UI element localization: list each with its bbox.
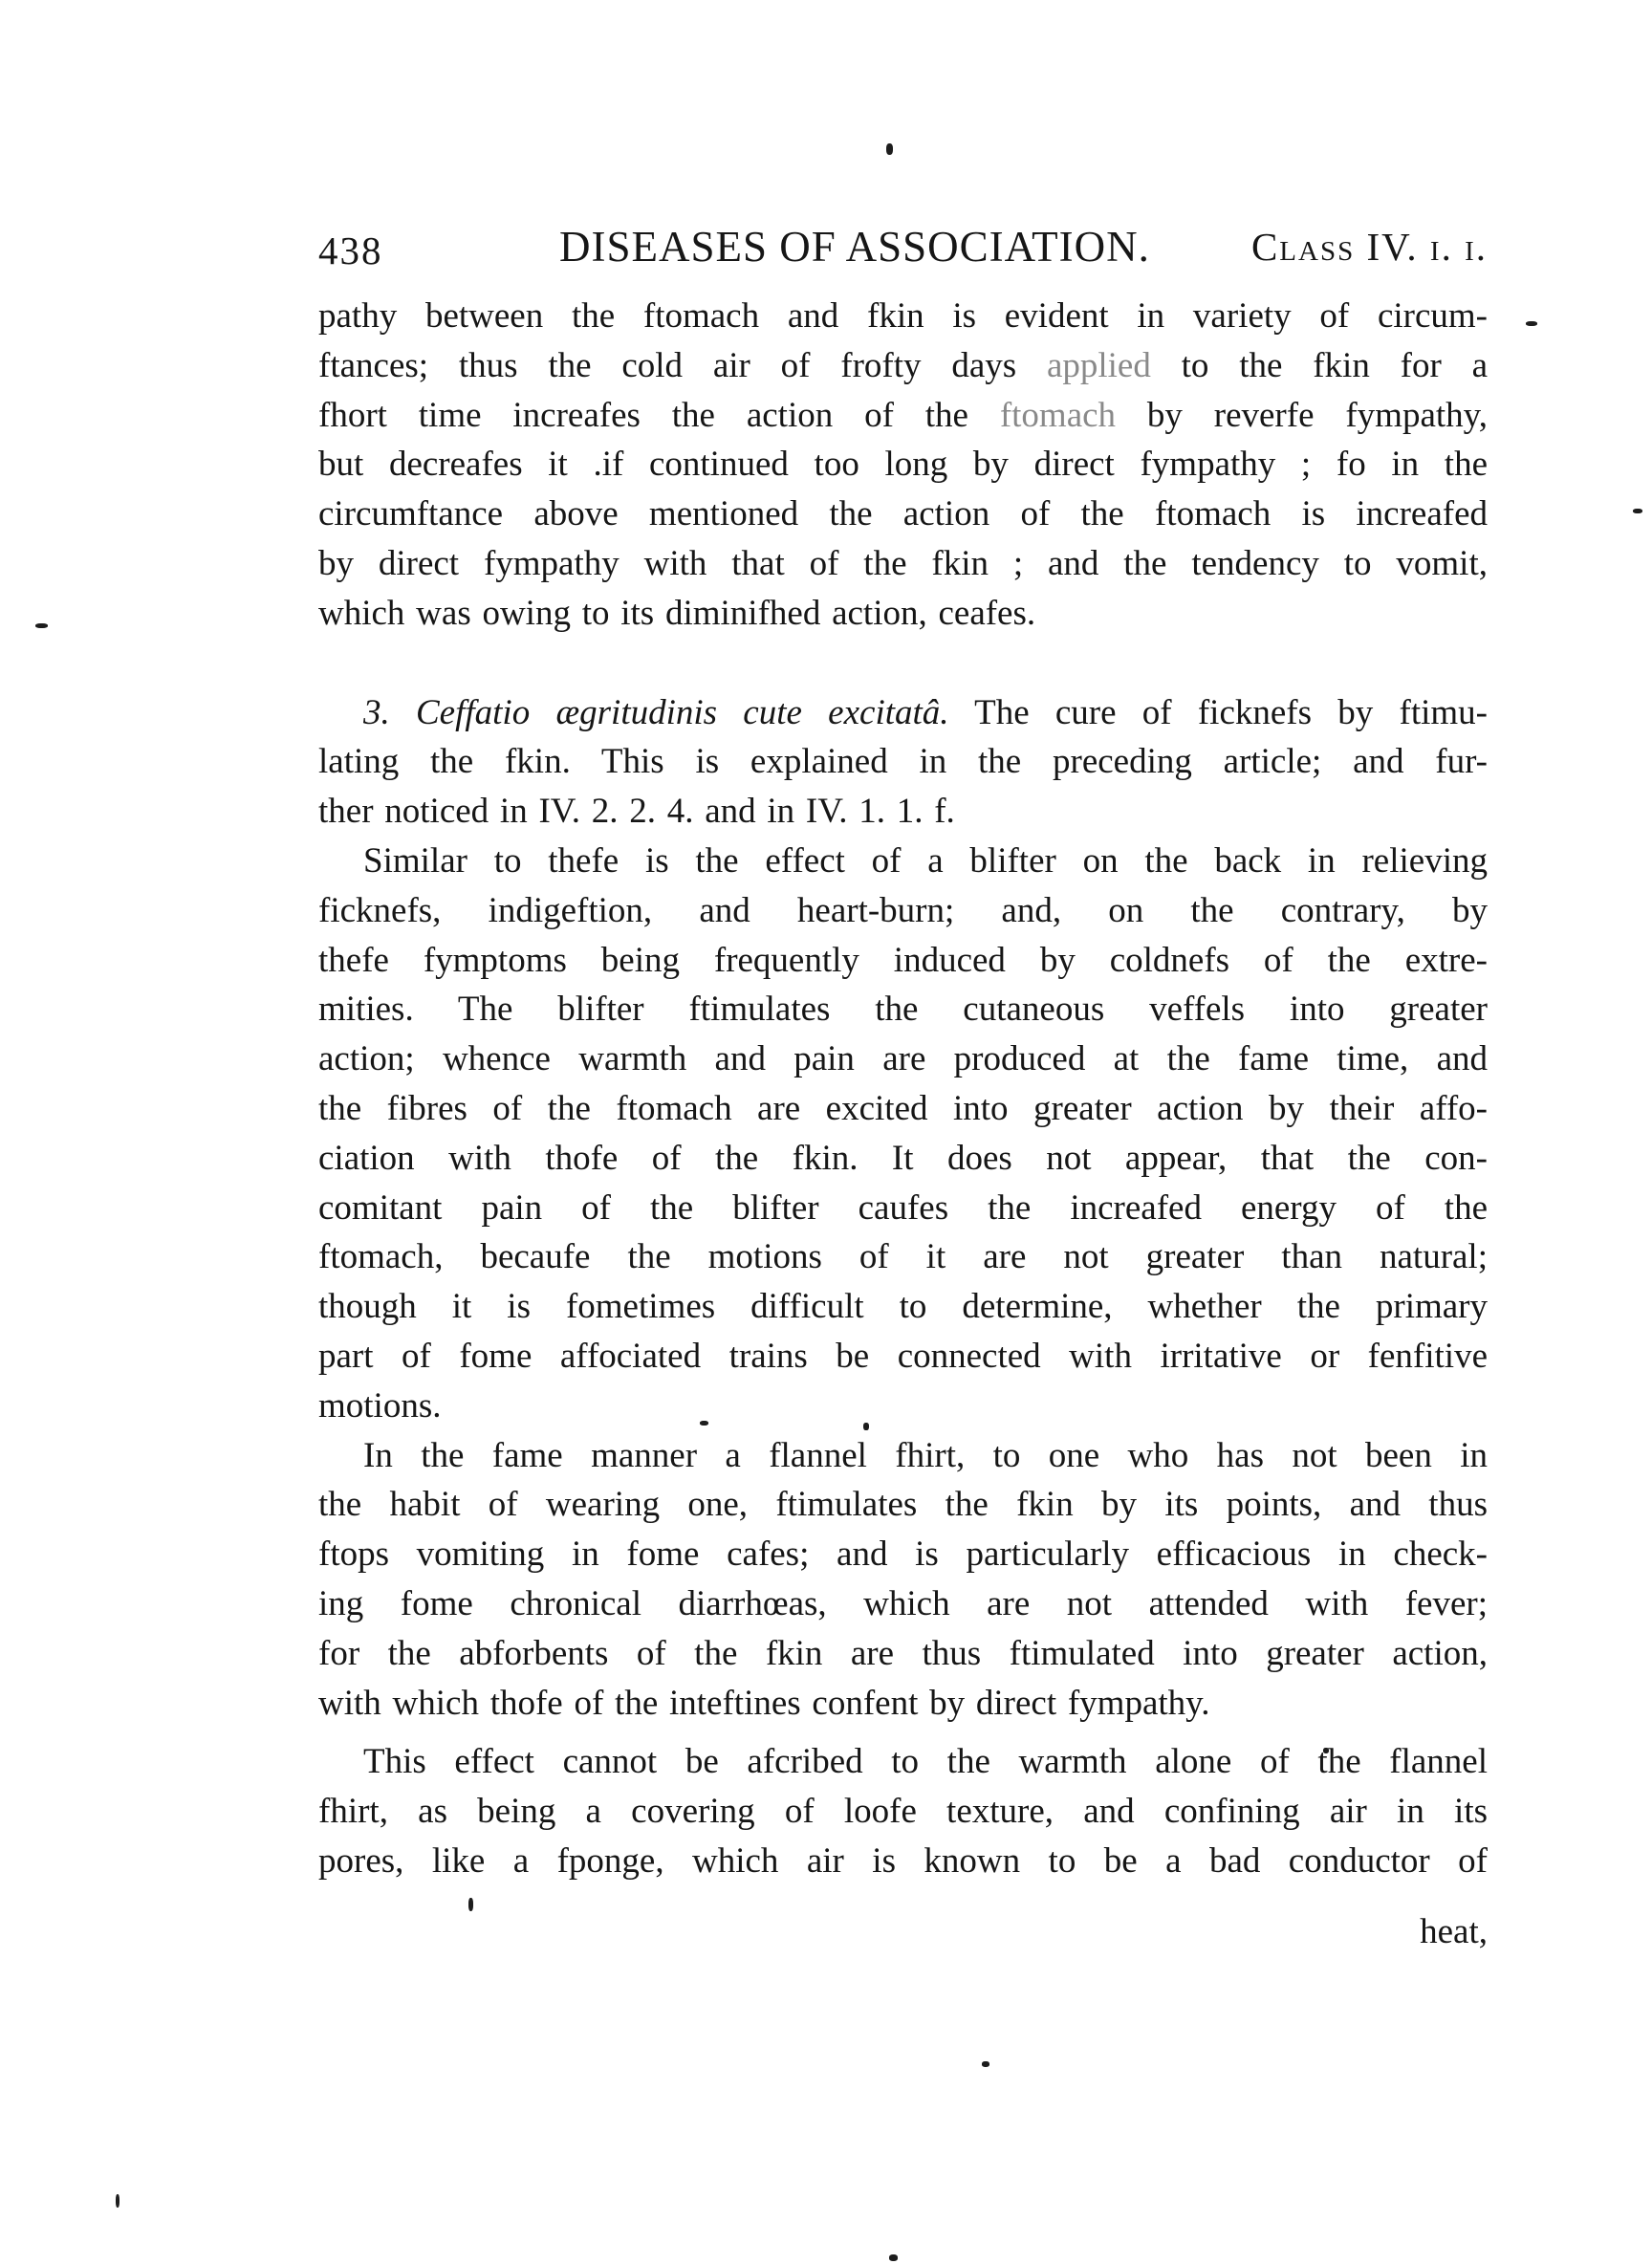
text-segment: ftomach <box>1000 396 1116 435</box>
text-line: ciation with thofe of the fkin. It does … <box>318 1134 1488 1184</box>
text-segment: applied <box>1047 346 1151 385</box>
text-line: pathy between the ftomach and fkin is ev… <box>318 292 1488 341</box>
para-flannel-shirt: In the fame manner a flannel fhirt, to o… <box>318 1431 1488 1729</box>
text-segment: by reverfe fympathy, <box>1116 396 1488 435</box>
text-segment: fhort time increafes the action of the <box>318 396 1000 435</box>
ink-speck <box>863 1423 869 1430</box>
para-cessatio-aegritudinis: 3. Ceffatio ægritudinis cute excitatâ. T… <box>318 688 1488 837</box>
para-warmth-alone: This effect cannot be afcribed to the wa… <box>318 1737 1488 1885</box>
text-line: lating the fkin. This is explained in th… <box>318 737 1488 787</box>
text-line: which was owing to its diminifhed action… <box>318 589 1488 639</box>
text-line: mities. The blifter ftimulates the cutan… <box>318 985 1488 1034</box>
book-page: 438 DISEASES OF ASSOCIATION. Class IV. i… <box>0 0 1652 2264</box>
text-line: thefe fymptoms being frequently induced … <box>318 936 1488 986</box>
text-line: ther noticed in IV. 2. 2. 4. and in IV. … <box>318 787 1488 837</box>
text-line: This effect cannot be afcribed to the wa… <box>318 1737 1488 1787</box>
text-line: ficknefs, indigeftion, and heart-burn; a… <box>318 886 1488 936</box>
text-line: part of fome affociated trains be connec… <box>318 1332 1488 1382</box>
ink-speck <box>468 1898 473 1911</box>
text-line: ftops vomiting in fome cafes; and is par… <box>318 1530 1488 1579</box>
text-line: ftomach, becaufe the motions of it are n… <box>318 1232 1488 1282</box>
ink-speck <box>1633 509 1642 513</box>
para-sympathy-stomach-skin: pathy between the ftomach and fkin is ev… <box>318 292 1488 639</box>
class-reference: Class IV. i. i. <box>1251 224 1488 270</box>
ink-speck <box>889 2254 898 2261</box>
running-title: DISEASES OF ASSOCIATION. <box>559 222 1150 272</box>
text-line: 3. Ceffatio ægritudinis cute excitatâ. T… <box>318 688 1488 738</box>
ink-speck <box>1526 321 1537 326</box>
text-line: circumftance above mentioned the action … <box>318 490 1488 539</box>
text-line: with which thofe of the inteftines confe… <box>318 1679 1488 1729</box>
text-line: ftances; thus the cold air of frofty day… <box>318 341 1488 391</box>
text-line: but decreafes it .if continued too long … <box>318 440 1488 490</box>
ink-speck <box>1323 1748 1329 1753</box>
text-line: motions. <box>318 1382 1488 1431</box>
text-line: pores, like a fponge, which air is known… <box>318 1837 1488 1886</box>
para-blister-on-back: Similar to thefe is the effect of a blif… <box>318 837 1488 1431</box>
ink-speck <box>982 2061 989 2067</box>
text-line: In the fame manner a flannel fhirt, to o… <box>318 1431 1488 1481</box>
text-line: fhirt, as being a covering of loofe text… <box>318 1787 1488 1837</box>
text-line: fhort time increafes the action of the f… <box>318 391 1488 441</box>
text-segment: The cure of ficknefs by ftimu- <box>949 693 1488 732</box>
text-line: the habit of wearing one, ftimulates the… <box>318 1480 1488 1530</box>
ink-speck <box>35 623 48 628</box>
text-segment: ftances; thus the cold air of frofty day… <box>318 346 1047 385</box>
ink-speck <box>886 143 893 155</box>
latin-phrase: 3. Ceffatio ægritudinis cute excitatâ. <box>363 693 949 732</box>
text-line: the fibres of the ftomach are excited in… <box>318 1084 1488 1134</box>
ink-speck <box>700 1421 708 1426</box>
text-line: though it is fometimes difficult to dete… <box>318 1282 1488 1332</box>
text-segment: to the fkin for a <box>1151 346 1488 385</box>
page-header: 438 DISEASES OF ASSOCIATION. Class IV. i… <box>318 222 1488 275</box>
text-line: comitant pain of the blifter caufes the … <box>318 1184 1488 1233</box>
page-number: 438 <box>318 228 383 273</box>
catchword: heat, <box>318 1907 1488 1957</box>
text-line: for the abforbents of the fkin are thus … <box>318 1629 1488 1679</box>
text-line: action; whence warmth and pain are produ… <box>318 1034 1488 1084</box>
ink-speck <box>116 2194 120 2208</box>
text-line: Similar to thefe is the effect of a blif… <box>318 837 1488 886</box>
text-block: pathy between the ftomach and fkin is ev… <box>318 292 1488 1957</box>
text-line: by direct fympathy with that of the fkin… <box>318 539 1488 589</box>
text-line: ing fome chronical diarrhœas, which are … <box>318 1579 1488 1629</box>
